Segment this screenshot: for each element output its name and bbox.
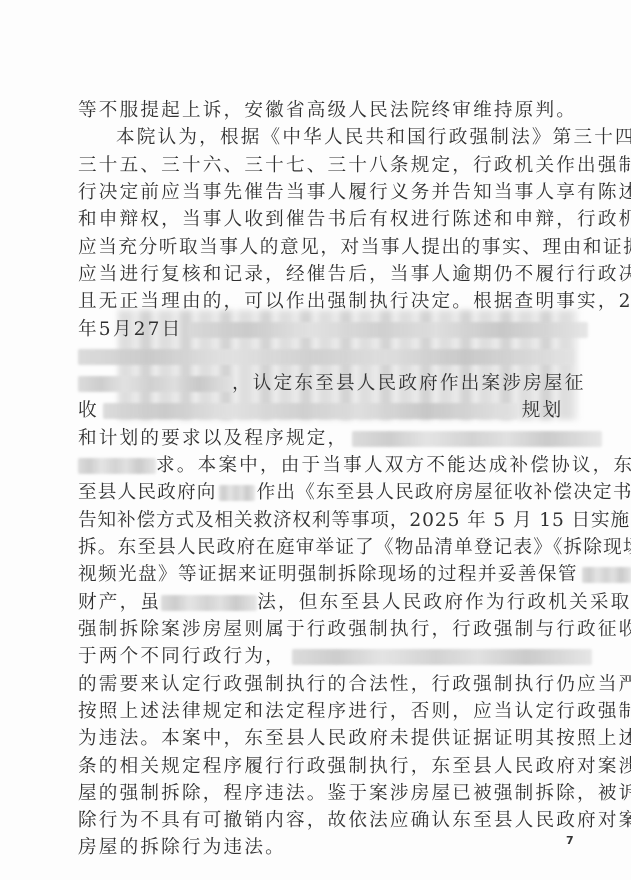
text-segment: 财产，虽 [78, 592, 161, 613]
text-line: 条的相关规定程序履行行政强制执行，东至县人民政府对案涉房 [78, 756, 578, 778]
redaction [78, 458, 156, 474]
redaction [161, 595, 257, 611]
text-line-redacted: 收规划 [78, 400, 578, 422]
text-segment: 规划 [522, 400, 564, 421]
text-line: 行决定前应当事先催告当事人履行义务并告知当事人享有陈述权 [78, 182, 578, 204]
text-line: 三十五、三十六、三十七、三十八条规定，行政机关作出强制执 [78, 155, 578, 177]
text-segment: 求。本案中，由于当事人双方不能达成补偿协议，东 [156, 455, 631, 476]
redaction [582, 567, 631, 583]
text-line-redacted: 至县人民政府向作出《东至县人民政府房屋征收补偿决定书》， [78, 482, 578, 504]
redaction [352, 431, 602, 447]
text-segment: 年5月27日 [78, 319, 182, 340]
text-line: 应当进行复核和记录，经催告后，当事人逾期仍不履行行政决定 [78, 264, 578, 286]
page-number: 7 [566, 834, 574, 847]
text-segment: 收 [78, 400, 99, 421]
text-segment: 和计划的要求以及程序规定， [78, 428, 348, 449]
redaction [219, 485, 255, 501]
text-line: 和申辩权，当事人收到催告书后有权进行陈述和申辩，行政机关 [78, 209, 578, 231]
text-line: 应当充分听取当事人的意见，对当事人提出的事实、理由和证据， [78, 237, 578, 259]
text-line-redacted: 视频光盘》等证据来证明强制拆除现场的过程并妥善保管 [78, 564, 578, 586]
redaction [78, 376, 232, 392]
text-segment: 作出《东至县人民政府房屋征收补偿决定书》， [257, 482, 631, 503]
text-line: 的需要来认定行政强制执行的合法性，行政强制执行仍应当严格 [78, 674, 578, 696]
document-page: 等不服提起上诉，安徽省高级人民法院终审维持原判。 本院认为，根据《中华人民共和国… [0, 0, 631, 880]
text-line-redacted: 财产，虽法，但东至县人民政府作为行政机关采取 [78, 592, 578, 614]
paragraph-start: 本院认为，根据《中华人民共和国行政强制法》第三十四、 [116, 127, 578, 149]
text-line: 拆。东至县人民政府在庭审举证了《物品清单登记表》《拆除现场 [78, 537, 578, 559]
text-line-redacted: ，认定东至县人民政府作出案涉房屋征 [78, 373, 578, 395]
text-line: 除行为不具有可撤销内容，故依法应确认东至县人民政府对案涉 [78, 810, 578, 832]
text-line-redacted: 和计划的要求以及程序规定， [78, 428, 578, 450]
text-line: 强制拆除案涉房屋则属于行政强制执行，行政强制与行政征收属 [78, 619, 578, 641]
text-segment: 法，但东至县人民政府作为行政机关采取 [257, 592, 631, 613]
text-line: 且无正当理由的，可以作出强制执行决定。根据查明事实，2024 [78, 291, 578, 313]
redaction [292, 649, 592, 665]
text-line: 房屋的拆除行为违法。 [78, 837, 578, 859]
text-line: 按照上述法律规定和法定程序进行，否则，应当认定行政强制行 [78, 701, 578, 723]
text-line-redacted: 年5月27日 [78, 319, 578, 341]
text-line-redacted [78, 346, 578, 368]
text-line-redacted: 于两个不同行政行为， [78, 646, 578, 668]
redaction [78, 349, 574, 365]
redaction [188, 322, 588, 338]
text-segment: 至县人民政府向 [78, 482, 217, 503]
text-line: 屋的强制拆除，程序违法。鉴于案涉房屋已被强制拆除，被诉拆 [78, 783, 578, 805]
text-line: 为违法。本案中，东至县人民政府未提供证据证明其按照上述法 [78, 728, 578, 750]
redaction [103, 403, 518, 419]
text-segment: ，认定东至县人民政府作出案涉房屋征 [232, 373, 586, 394]
text-line: 等不服提起上诉，安徽省高级人民法院终审维持原判。 [78, 100, 578, 122]
text-line-redacted: 求。本案中，由于当事人双方不能达成补偿协议，东 [78, 455, 578, 477]
text-line: 告知补偿方式及相关救济权利等事项，2025 年 5 月 15 日实施了强 [78, 510, 578, 532]
text-segment: 视频光盘》等证据来证明强制拆除现场的过程并妥善保管 [78, 564, 578, 585]
text-segment: 于两个不同行政行为， [78, 646, 286, 667]
